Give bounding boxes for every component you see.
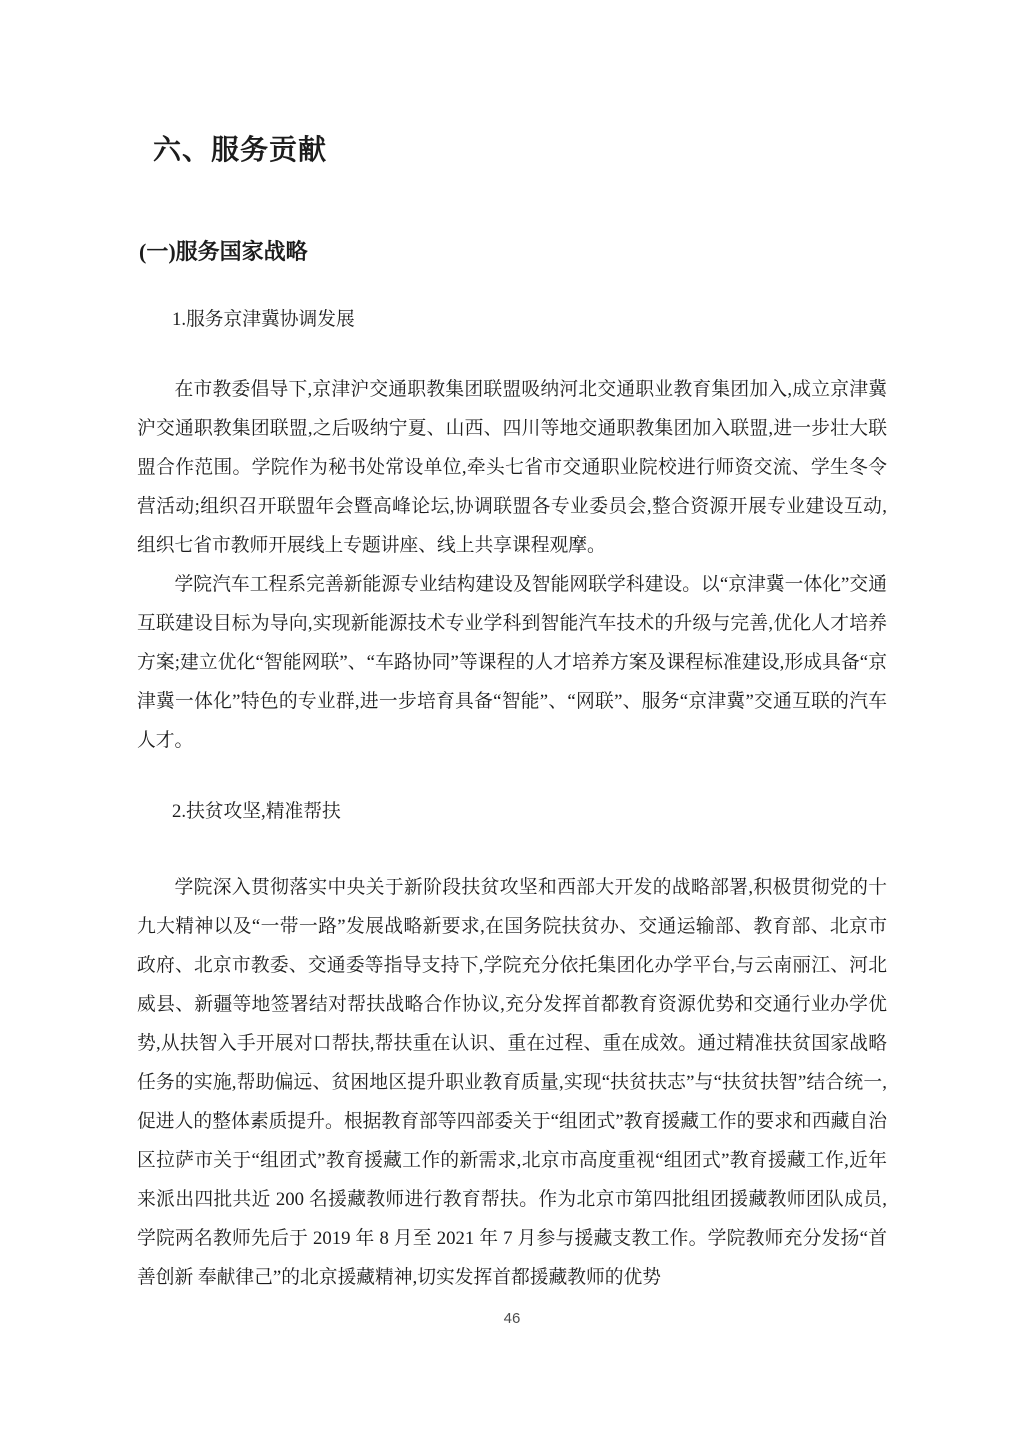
subsection-2-heading: 2.扶贫攻坚,精准帮扶: [172, 802, 887, 823]
section-title: (一)服务国家战略: [139, 241, 887, 263]
subsection-1-heading: 1.服务京津冀协调发展: [172, 310, 887, 331]
chapter-title: 六、服务贡献: [153, 0, 887, 164]
page-number: 46: [0, 1310, 1024, 1327]
page-content: 六、服务贡献 (一)服务国家战略 1.服务京津冀协调发展 在市教委倡导下,京津沪…: [0, 0, 1024, 1297]
subsection-1-paragraph-2: 学院汽车工程系完善新能源专业结构建设及智能网联学科建设。以“京津冀一体化”交通互…: [137, 565, 887, 760]
subsection-2-paragraph-1: 学院深入贯彻落实中央关于新阶段扶贫攻坚和西部大开发的战略部署,积极贯彻党的十九大…: [137, 868, 887, 1297]
subsection-1-paragraph-1: 在市教委倡导下,京津沪交通职教集团联盟吸纳河北交通职业教育集团加入,成立京津冀沪…: [137, 370, 887, 565]
document-page: 六、服务贡献 (一)服务国家战略 1.服务京津冀协调发展 在市教委倡导下,京津沪…: [0, 0, 1024, 1448]
